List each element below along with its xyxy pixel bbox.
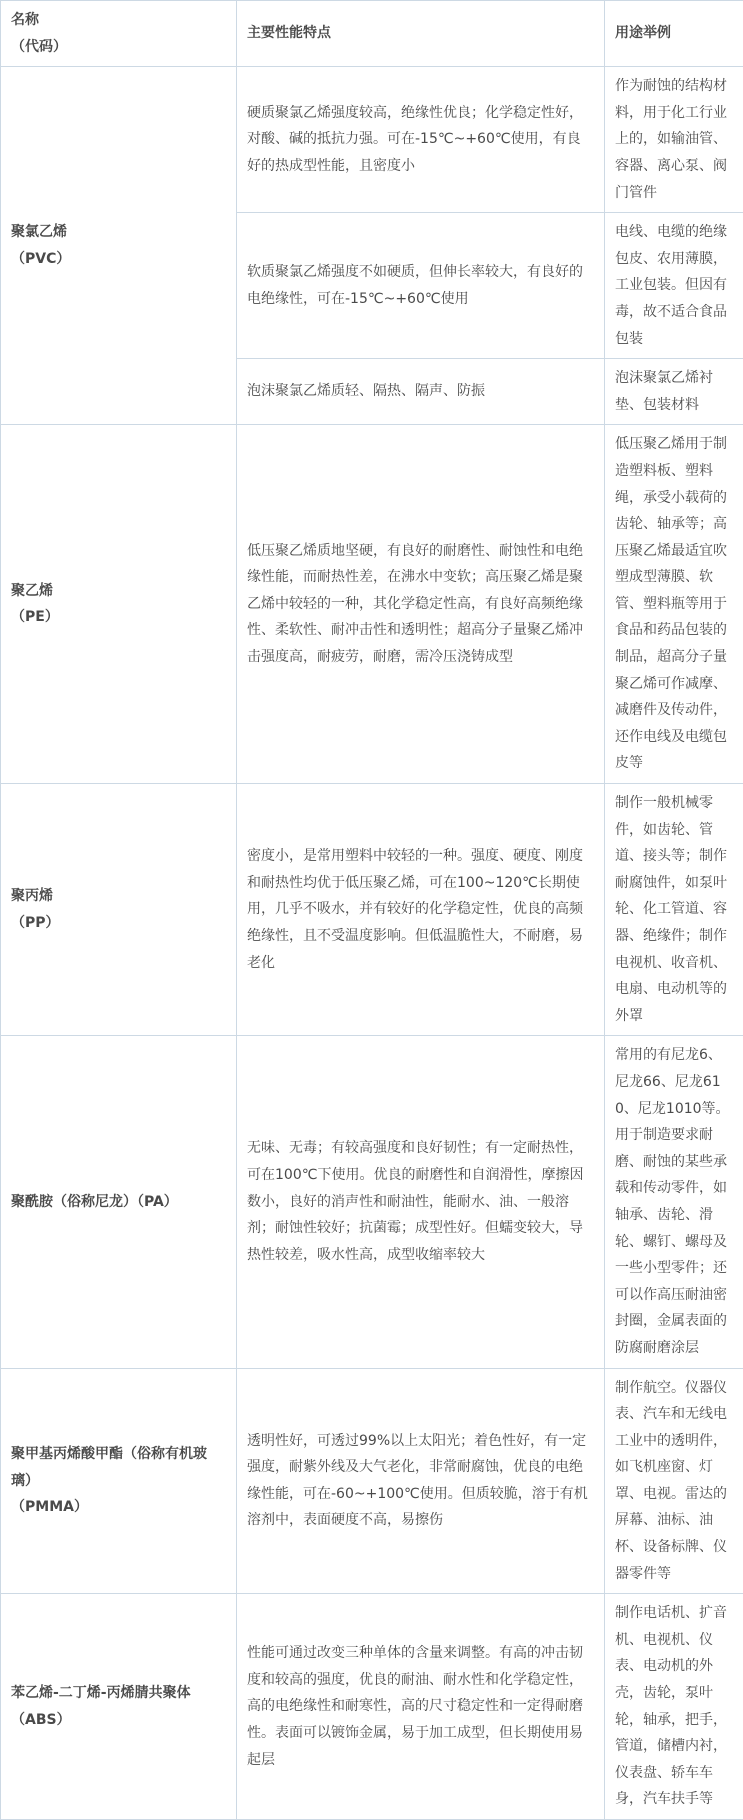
table-row-pp: 聚丙烯 （PP） 密度小，是常用塑料中较轻的一种。强度、硬度、刚度和耐热性均优于… xyxy=(1,784,743,1036)
features-cell-pvc-hard: 硬质聚氯乙烯强度较高，绝缘性优良；化学稳定性好，对酸、碱的抵抗力强。可在-15℃… xyxy=(237,67,605,213)
uses-cell-pvc-foam: 泡沫聚氯乙烯衬垫、包装材料 xyxy=(605,359,743,425)
uses-cell-pe: 低压聚乙烯用于制造塑料板、塑料绳，承受小载荷的齿轮、轴承等；高压聚乙烯最适宜吹塑… xyxy=(605,425,743,784)
features-cell-pp: 密度小，是常用塑料中较轻的一种。强度、硬度、刚度和耐热性均优于低压聚乙烯，可在1… xyxy=(237,784,605,1036)
header-usage-examples: 用途举例 xyxy=(605,1,743,67)
material-name-pp: 聚丙烯 （PP） xyxy=(1,784,237,1036)
material-name-pe: 聚乙烯 （PE） xyxy=(1,425,237,784)
material-name-abs: 苯乙烯-二丁烯-丙烯腈共聚体 （ABS） xyxy=(1,1594,237,1820)
uses-cell-pvc-hard: 作为耐蚀的结构材料，用于化工行业上的，如输油管、容器、离心泵、阀门管件 xyxy=(605,67,743,213)
table-row-pvc-hard: 聚氯乙烯 （PVC） 硬质聚氯乙烯强度较高，绝缘性优良；化学稳定性好，对酸、碱的… xyxy=(1,67,743,213)
table-row-abs: 苯乙烯-二丁烯-丙烯腈共聚体 （ABS） 性能可通过改变三种单体的含量来调整。有… xyxy=(1,1594,743,1820)
material-name-pvc: 聚氯乙烯 （PVC） xyxy=(1,67,237,425)
table-header-row: 名称 （代码） 主要性能特点 用途举例 xyxy=(1,1,743,67)
material-name-pa: 聚酰胺（俗称尼龙）（PA） xyxy=(1,1036,237,1368)
uses-cell-pmma: 制作航空。仪器仪表、汽车和无线电工业中的透明件，如飞机座窗、灯罩、电视。雷达的屏… xyxy=(605,1368,743,1594)
table-row-pe: 聚乙烯 （PE） 低压聚乙烯质地坚硬，有良好的耐磨性、耐蚀性和电绝缘性能，而耐热… xyxy=(1,425,743,784)
plastics-properties-table: 名称 （代码） 主要性能特点 用途举例 聚氯乙烯 （PVC） 硬质聚氯乙烯强度较… xyxy=(0,0,743,1820)
header-main-features: 主要性能特点 xyxy=(237,1,605,67)
uses-cell-abs: 制作电话机、扩音机、电视机、仪表、电动机的外壳，齿轮，泵叶轮，轴承，把手，管道，… xyxy=(605,1594,743,1820)
uses-cell-pa: 常用的有尼龙6、尼龙66、尼龙610、尼龙1010等。用于制造要求耐磨、耐蚀的某… xyxy=(605,1036,743,1368)
table-row-pa: 聚酰胺（俗称尼龙）（PA） 无味、无毒；有较高强度和良好韧性；有一定耐热性，可在… xyxy=(1,1036,743,1368)
material-name-pmma: 聚甲基丙烯酸甲酯（俗称有机玻璃） （PMMA） xyxy=(1,1368,237,1594)
plastics-table-container: 名称 （代码） 主要性能特点 用途举例 聚氯乙烯 （PVC） 硬质聚氯乙烯强度较… xyxy=(0,0,743,1820)
features-cell-pmma: 透明性好，可透过99%以上太阳光；着色性好，有一定强度，耐紫外线及大气老化，非常… xyxy=(237,1368,605,1594)
uses-cell-pp: 制作一般机械零件，如齿轮、管道、接头等；制作耐腐蚀件，如泵叶轮、化工管道、容器、… xyxy=(605,784,743,1036)
features-cell-pvc-soft: 软质聚氯乙烯强度不如硬质，但伸长率较大，有良好的电绝缘性，可在-15℃~+60℃… xyxy=(237,213,605,359)
features-cell-pvc-foam: 泡沫聚氯乙烯质轻、隔热、隔声、防振 xyxy=(237,359,605,425)
header-name-code: 名称 （代码） xyxy=(1,1,237,67)
table-row-pmma: 聚甲基丙烯酸甲酯（俗称有机玻璃） （PMMA） 透明性好，可透过99%以上太阳光… xyxy=(1,1368,743,1594)
features-cell-abs: 性能可通过改变三种单体的含量来调整。有高的冲击韧度和较高的强度，优良的耐油、耐水… xyxy=(237,1594,605,1820)
features-cell-pa: 无味、无毒；有较高强度和良好韧性；有一定耐热性，可在100℃下使用。优良的耐磨性… xyxy=(237,1036,605,1368)
uses-cell-pvc-soft: 电线、电缆的绝缘包皮、农用薄膜，工业包装。但因有毒，故不适合食品包装 xyxy=(605,213,743,359)
features-cell-pe: 低压聚乙烯质地坚硬，有良好的耐磨性、耐蚀性和电绝缘性能，而耐热性差，在沸水中变软… xyxy=(237,425,605,784)
